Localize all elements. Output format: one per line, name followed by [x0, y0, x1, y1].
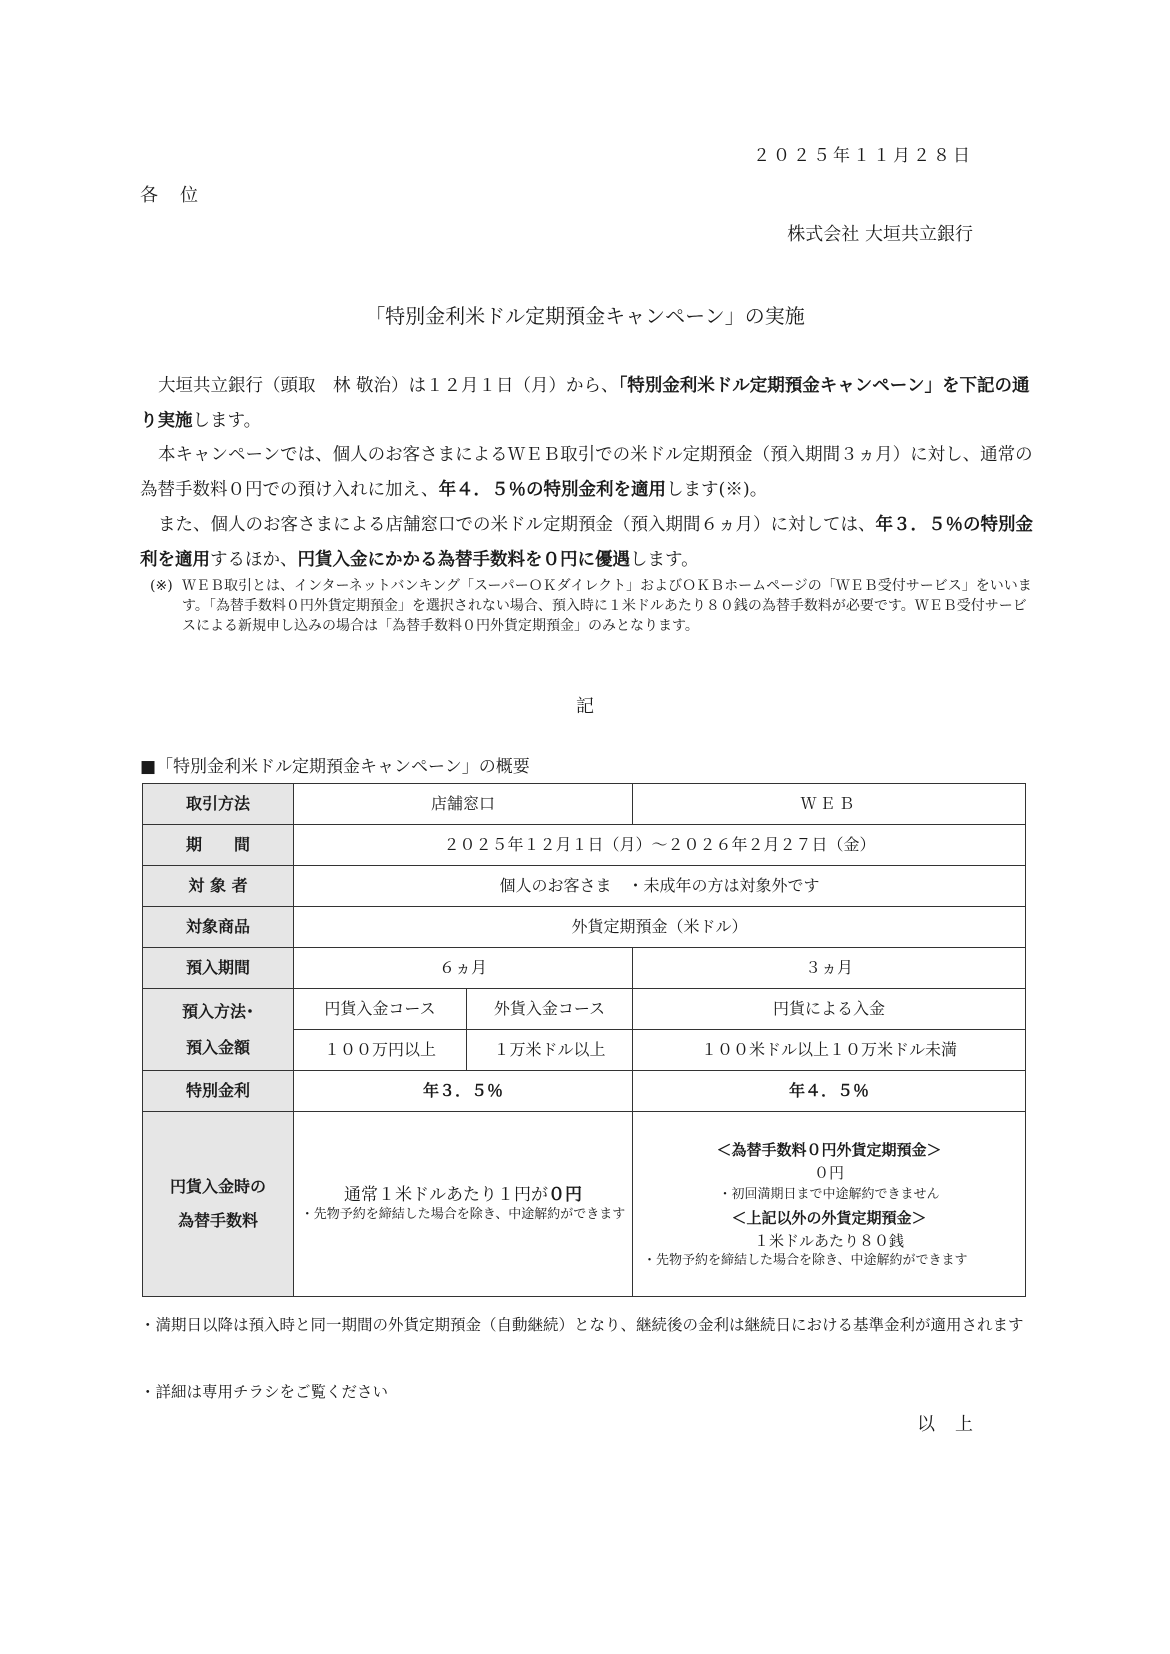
- row-label-term: 預入期間: [143, 948, 294, 989]
- table-row-deposit-method: 預入方法･ 預入金額 円貨入金コース 外貨入金コース 円貨による入金: [143, 989, 1026, 1030]
- intro-paragraph: 大垣共立銀行（頭取 林 敬治）は１２月１日（月）から、「特別金利米ドル定期預金キ…: [140, 369, 1035, 439]
- row-label-period: 期 間: [143, 825, 294, 866]
- row-label-method: 取引方法: [143, 784, 294, 825]
- table-row-period: 期 間 ２０２５年１２月１日（月）～２０２６年２月２７日（金）: [143, 825, 1026, 866]
- row-label-product: 対象商品: [143, 907, 294, 948]
- table-row-rate: 特別金利 年３．５％ 年４．５％: [143, 1071, 1026, 1112]
- fee-label-line2: 為替手数料: [178, 1211, 258, 1230]
- deposit-label-line2: 預入金額: [186, 1038, 250, 1057]
- fee-label-line1: 円貨入金時の: [170, 1177, 266, 1196]
- deposit-store-yen-course: 円貨入金コース: [294, 989, 467, 1030]
- note-text: ＷＥＢ取引とは、インターネットバンキング「スーパーＯＫダイレクト」およびＯＫＢホ…: [182, 576, 1035, 636]
- fee-store-main: 通常１米ドルあたり１円が０円: [294, 1185, 632, 1205]
- p2-emphasis: 年４．５％の特別金利を適用: [439, 480, 667, 500]
- fee-web-note-other: ・先物予約を締結した場合を除き、中途解約ができます: [633, 1252, 1025, 1270]
- section-heading: ■「特別金利米ドル定期預金キャンペーン」の概要: [140, 752, 530, 777]
- method-web: ＷＥＢ: [633, 784, 1026, 825]
- fee-store-main-value: ０円: [548, 1185, 582, 1205]
- deposit-web-amount: １００米ドル以上１０万米ドル未満: [633, 1030, 1026, 1071]
- term-store: ６ヵ月: [294, 948, 633, 989]
- footnote-flyer: ・詳細は専用チラシをご覧ください: [140, 1377, 1051, 1407]
- fee-web-heading-other: ＜上記以外の外貨定期預金＞: [633, 1206, 1025, 1230]
- rate-store: 年３．５％: [294, 1071, 633, 1112]
- row-label-rate: 特別金利: [143, 1071, 294, 1112]
- deposit-store-yen-amount: １００万円以上: [294, 1030, 467, 1071]
- web-transaction-note: (※) ＷＥＢ取引とは、インターネットバンキング「スーパーＯＫダイレクト」および…: [150, 576, 1035, 636]
- row-label-target: 対 象 者: [143, 866, 294, 907]
- fee-web: ＜為替手数料０円外貨定期預金＞ ０円 ・初回満期日まで中途解約できません ＜上記…: [633, 1112, 1026, 1297]
- web-paragraph: 本キャンペーンでは、個人のお客さまによるＷＥＢ取引での米ドル定期預金（預入期間３…: [140, 438, 1035, 508]
- row-label-deposit: 預入方法･ 預入金額: [143, 989, 294, 1071]
- p1-text: 大垣共立銀行（頭取 林 敬治）は１２月１日（月）から、: [158, 376, 619, 396]
- document-date: ２０２５年１１月２８日: [753, 141, 973, 166]
- product-value: 外貨定期預金（米ドル）: [294, 907, 1026, 948]
- p2-text-end: します(※)。: [666, 480, 767, 500]
- store-paragraph: また、個人のお客さまによる店舗窓口での米ドル定期預金（預入期間６ヵ月）に対しては…: [140, 508, 1035, 578]
- fee-web-value-other: １米ドルあたり８０銭: [633, 1230, 1025, 1252]
- row-label-fee: 円貨入金時の 為替手数料: [143, 1112, 294, 1297]
- issuer-name: 株式会社 大垣共立銀行: [787, 220, 973, 246]
- fee-web-heading-zero-fee: ＜為替手数料０円外貨定期預金＞: [633, 1138, 1025, 1162]
- period-value: ２０２５年１２月１日（月）～２０２６年２月２７日（金）: [294, 825, 1026, 866]
- p1-text-end: します。: [193, 411, 262, 431]
- campaign-summary-table: 取引方法 店舗窓口 ＷＥＢ 期 間 ２０２５年１２月１日（月）～２０２６年２月２…: [142, 783, 1026, 1297]
- fee-store-note: ・先物予約を締結した場合を除き、中途解約ができます: [294, 1206, 632, 1223]
- table-row-target: 対 象 者 個人のお客さま ・未成年の方は対象外です: [143, 866, 1026, 907]
- ki-marker: 記: [0, 692, 1170, 718]
- method-store: 店舗窓口: [294, 784, 633, 825]
- p3-text-end: します。: [630, 550, 699, 570]
- closing-mark: 以上: [917, 1410, 993, 1436]
- term-web: ３ヵ月: [633, 948, 1026, 989]
- target-value: 個人のお客さま ・未成年の方は対象外です: [294, 866, 1026, 907]
- document-title: 「特別金利米ドル定期預金キャンペーン」の実施: [0, 300, 1170, 329]
- p3-emphasis-fee: 円貨入金にかかる為替手数料を０円に優遇: [298, 550, 631, 570]
- p3-text: また、個人のお客さまによる店舗窓口での米ドル定期預金（預入期間６ヵ月）に対しては…: [158, 515, 876, 535]
- deposit-store-fx-amount: １万米ドル以上: [467, 1030, 633, 1071]
- table-row-fee: 円貨入金時の 為替手数料 通常１米ドルあたり１円が０円 ・先物予約を締結した場合…: [143, 1112, 1026, 1297]
- footnote-auto-renewal: ・満期日以降は預入時と同一期間の外貨定期預金（自動継続）となり、継続後の金利は継…: [140, 1310, 1051, 1340]
- fee-store: 通常１米ドルあたり１円が０円 ・先物予約を締結した場合を除き、中途解約ができます: [294, 1112, 633, 1297]
- p3-text-mid: するほか、: [210, 550, 298, 570]
- table-row-product: 対象商品 外貨定期預金（米ドル）: [143, 907, 1026, 948]
- fee-web-value-zero: ０円: [633, 1162, 1025, 1184]
- table-row-term: 預入期間 ６ヵ月 ３ヵ月: [143, 948, 1026, 989]
- table-row-method: 取引方法 店舗窓口 ＷＥＢ: [143, 784, 1026, 825]
- rate-web: 年４．５％: [633, 1071, 1026, 1112]
- deposit-store-fx-course: 外貨入金コース: [467, 989, 633, 1030]
- fee-web-note-zero: ・初回満期日まで中途解約できません: [633, 1184, 1025, 1206]
- fee-store-main-prefix: 通常１米ドルあたり１円が: [344, 1185, 548, 1205]
- deposit-label-line1: 預入方法･: [182, 1002, 254, 1021]
- note-mark: (※): [150, 576, 173, 596]
- deposit-web-method: 円貨による入金: [633, 989, 1026, 1030]
- addressee: 各位: [140, 181, 220, 207]
